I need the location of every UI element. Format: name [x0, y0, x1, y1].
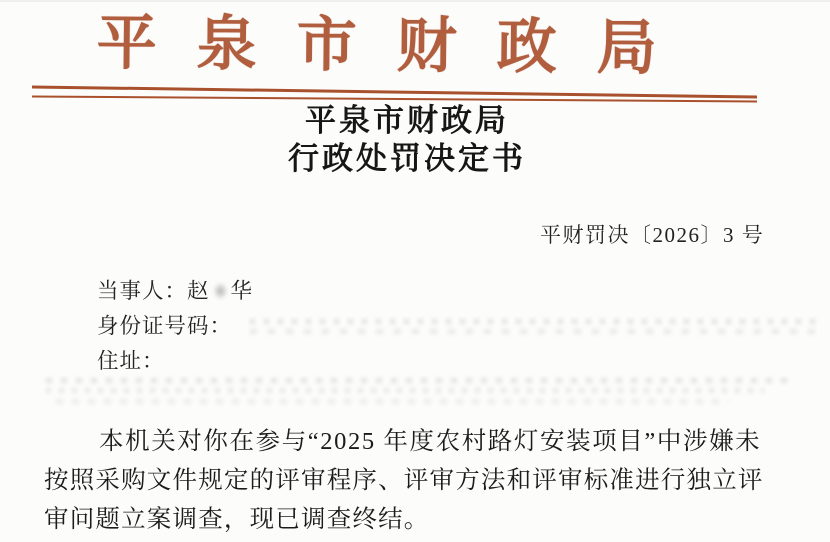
party-name-label: 当事人：: [97, 279, 187, 303]
party-id-line: 身份证号码：: [97, 309, 253, 344]
document-title-line1: 平泉市财政局: [0, 102, 814, 140]
redacted-name-character: [213, 282, 228, 300]
party-address-line: 住址：: [97, 344, 253, 379]
party-name-line: 当事人：赵华: [97, 274, 253, 309]
body-paragraph-line: 按照采购文件规定的评审程序、评审方法和评审标准进行独立评: [44, 462, 784, 501]
party-info-block: 当事人：赵华 身份证号码： 住址：: [97, 274, 253, 379]
party-id-label: 身份证号码：: [97, 314, 232, 338]
scan-edge-artifact: [0, 0, 830, 2]
document-title-line2: 行政处罚决定书: [0, 140, 814, 178]
redacted-address-smudge: [46, 375, 794, 411]
body-paragraph-line: 本机关对你在参与“2025 年度农村路灯安装项目”中涉嫌未: [44, 423, 784, 462]
party-surname: 赵: [187, 279, 210, 303]
body-paragraph: 本机关对你在参与“2025 年度农村路灯安装项目”中涉嫌未 按照采购文件规定的评…: [44, 423, 784, 539]
party-address-label: 住址：: [97, 349, 165, 373]
party-given-name: 华: [231, 279, 254, 303]
body-paragraph-line: 审问题立案调查，现已调查终结。: [44, 501, 784, 540]
document-number: 平财罚决〔2026〕3 号: [540, 219, 764, 249]
redacted-id-smudge: [250, 316, 815, 340]
letterhead-agency-name: 平泉市财政局: [96, 8, 797, 85]
scanned-document-page: 平泉市财政局 平泉市财政局 行政处罚决定书 平财罚决〔2026〕3 号 当事人：…: [0, 0, 830, 542]
document-title: 平泉市财政局 行政处罚决定书: [0, 102, 814, 178]
